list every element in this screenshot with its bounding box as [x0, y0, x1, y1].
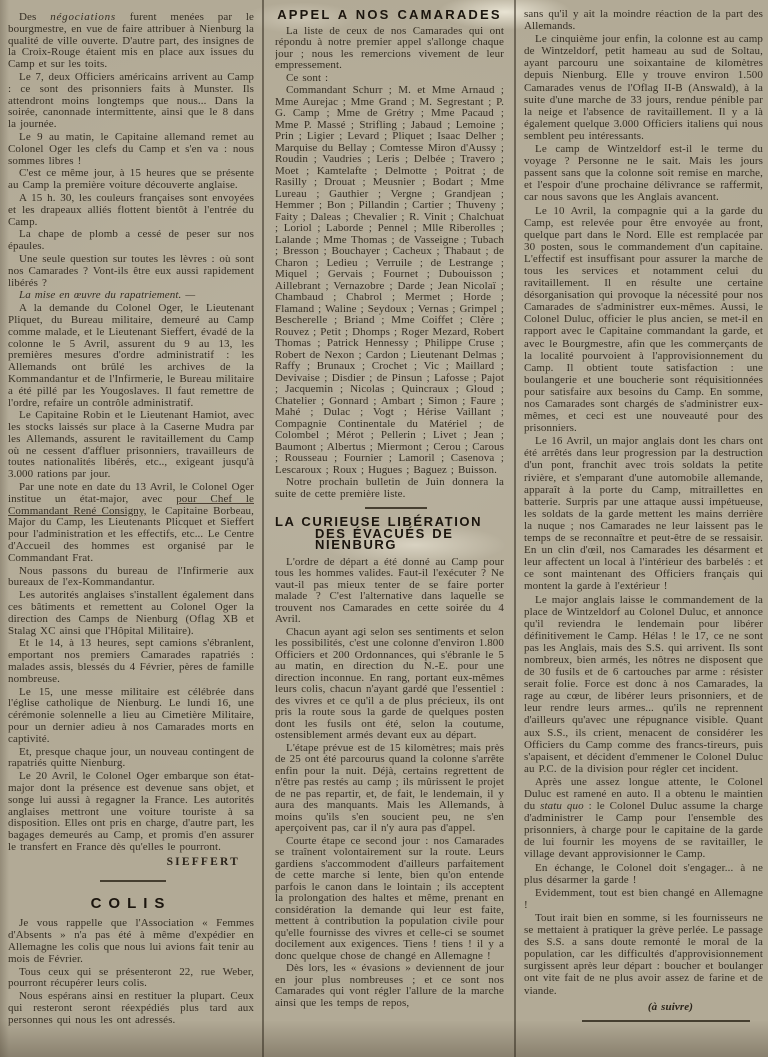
paragraph: Je vous rappelle que l'Association « Fem… [8, 918, 254, 965]
name-list-paragraph: Commandant Schurr ; M. et Mme Arnaud ; M… [275, 85, 504, 476]
italic-segment: statu quo [540, 800, 584, 812]
paragraph: En échange, le Colonel doit s'engager...… [524, 862, 763, 886]
paragraph: Le cinquième jour enfin, la colonne est … [524, 33, 763, 142]
paragraph: L'étape prévue est de 15 kilomètres; mai… [275, 743, 504, 835]
paragraph: Le Capitaine Robin et le Lieutenant Hami… [8, 410, 254, 481]
paragraph: Tout irait bien en somme, si les fournis… [524, 912, 763, 997]
paragraph: Le 9 au matin, le Capitaine allemand rem… [8, 132, 254, 167]
appel-heading: APPEL A NOS CAMARADES [275, 9, 504, 21]
paragraph: Le camp de Wintzeldorf est-il le terme d… [524, 143, 763, 203]
paragraph: Et, presque chaque jour, un nouveau cont… [8, 747, 254, 771]
column-divider [262, 0, 264, 1057]
paragraph: Dès lors, les « évasions » deviennent de… [275, 963, 504, 1009]
colis-heading: COLIS [8, 898, 254, 910]
paragraph: L'ordre de départ a été donné au Camp po… [275, 557, 504, 626]
scanned-bulletin-page: Des négociations furent menées par le bo… [0, 0, 768, 1057]
column-middle: APPEL A NOS CAMARADES La liste de ceux d… [275, 0, 504, 1057]
liberation-heading: LA CURIEUSE LIBÉRATION DES ÉVACUÉS DE NI… [275, 516, 504, 551]
column-right: sans qu'il y ait la moindre réaction de … [524, 0, 763, 1057]
paragraph: Les autorités anglaises s'installent éga… [8, 590, 254, 637]
paragraph: Le 16 Avril, un major anglais dont les c… [524, 435, 763, 592]
paragraph: Le major anglais laisse le commandement … [524, 594, 763, 775]
paragraph: Par une note en date du 13 Avril, le Col… [8, 482, 254, 565]
column-divider [514, 0, 516, 1057]
paragraph: Tous ceux qui se présenteront 22, rue We… [8, 967, 254, 991]
column-left: Des négociations furent menées par le bo… [8, 0, 254, 1057]
paragraph: Le 20 Avril, le Colonel Oger embarque so… [8, 771, 254, 854]
paragraph: Notre prochain bulletin de Juin donnera … [275, 477, 504, 500]
article-separator-rule [365, 507, 427, 509]
end-rule [582, 1020, 750, 1022]
paragraph: Des négociations furent menées par le bo… [8, 12, 254, 71]
paragraph: A 15 h. 30, les couleurs françaises sont… [8, 193, 254, 228]
signature-sieffert: SIEFFERT [8, 857, 254, 869]
heading-line: DES ÉVACUÉS DE NIENBURG [275, 528, 504, 551]
paragraph: Evidemment, tout est bien changé en Alle… [524, 887, 763, 911]
paragraph: Et le 14, à 13 heures, sept camions s'éb… [8, 638, 254, 685]
section-rule [100, 880, 166, 882]
paragraph: Après une assez longue attente, le Colon… [524, 776, 763, 861]
paragraph: Nous passons du bureau de l'Infirmerie a… [8, 566, 254, 590]
continuation-note: (à suivre) [524, 1001, 763, 1013]
paragraph: Le 10 Avril, la compagnie qui a la garde… [524, 205, 763, 435]
italic-segment: négociations [50, 11, 116, 23]
paragraph: Courte étape ce second jour : nos Camara… [275, 836, 504, 963]
paragraph: Le 7, deux Officiers américains arrivent… [8, 72, 254, 131]
paragraph: La chape de plomb a cessé de peser sur n… [8, 229, 254, 253]
subheading-rapatriement: La mise en œuvre du rapatriement. — [8, 290, 254, 302]
paragraph: La liste de ceux de nos Camarades qui on… [275, 26, 504, 72]
paragraph: A la demande du Colonel Oger, le Lieuten… [8, 303, 254, 409]
paragraph: C'est ce même jour, à 15 heures que se p… [8, 168, 254, 192]
paragraph: Le 15, une messe militaire est célébrée … [8, 687, 254, 746]
paragraph: Chacun ayant agi selon ses sentiments et… [275, 627, 504, 742]
paragraph: Nous espérans ainsi en restituer la plup… [8, 991, 254, 1026]
paragraph: sans qu'il y ait la moindre réaction de … [524, 8, 763, 32]
paragraph: Une seule question sur toutes les lèvres… [8, 254, 254, 289]
text-segment: Des [19, 11, 50, 23]
paragraph: Ce sont : [275, 73, 504, 85]
